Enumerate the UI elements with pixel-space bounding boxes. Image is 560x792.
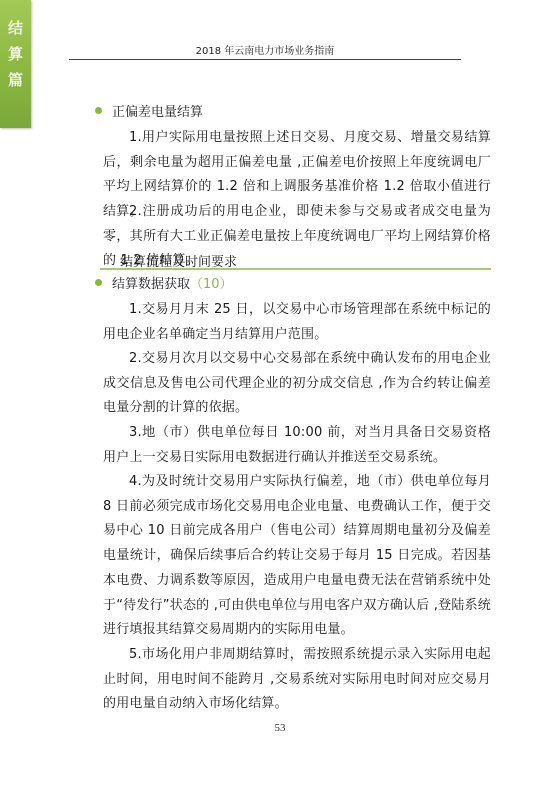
section-divider bbox=[100, 268, 491, 270]
side-tab-char: 结 bbox=[0, 17, 31, 38]
paragraph: 5.市场化用户非周期结算时，需按照系统提示录入实际用电起止时间，用电时间不能跨月… bbox=[103, 643, 491, 717]
paragraph: 1.交易月月末 25 日，以交易中心市场管理部在系统中标记的用电企业名单确定当月… bbox=[103, 298, 491, 347]
header-divider bbox=[69, 59, 461, 60]
bullet-icon bbox=[95, 107, 102, 114]
deviation-heading: 正偏差电量结算 bbox=[95, 104, 203, 122]
heading-number: （10） bbox=[190, 277, 233, 292]
side-tab-char: 篇 bbox=[0, 69, 31, 90]
data-acquisition-heading: 结算数据获取（10） bbox=[95, 276, 233, 294]
chapter-side-tab: 结 算 篇 bbox=[0, 0, 31, 128]
paragraph: 4.为及时统计交易用户实际执行偏差，地（市）供电单位每月 8 日前必须完成市场化… bbox=[103, 470, 491, 643]
heading-text: 结算数据获取 bbox=[112, 277, 190, 292]
page-number: 53 bbox=[0, 722, 560, 734]
heading-text: 正偏差电量结算 bbox=[112, 105, 203, 120]
paragraph: 2.交易月次月以交易中心交易部在系统中确认发布的用电企业成交信息及售电公司代理企… bbox=[103, 347, 491, 421]
side-tab-char: 算 bbox=[0, 43, 31, 64]
running-header: 2018 年云南电力市场业务指南 bbox=[70, 42, 460, 57]
paragraph: 3.地（市）供电单位每日 10:00 前，对当月具备日交易资格用户上一交易日实际… bbox=[103, 421, 491, 470]
bullet-icon bbox=[95, 279, 102, 286]
